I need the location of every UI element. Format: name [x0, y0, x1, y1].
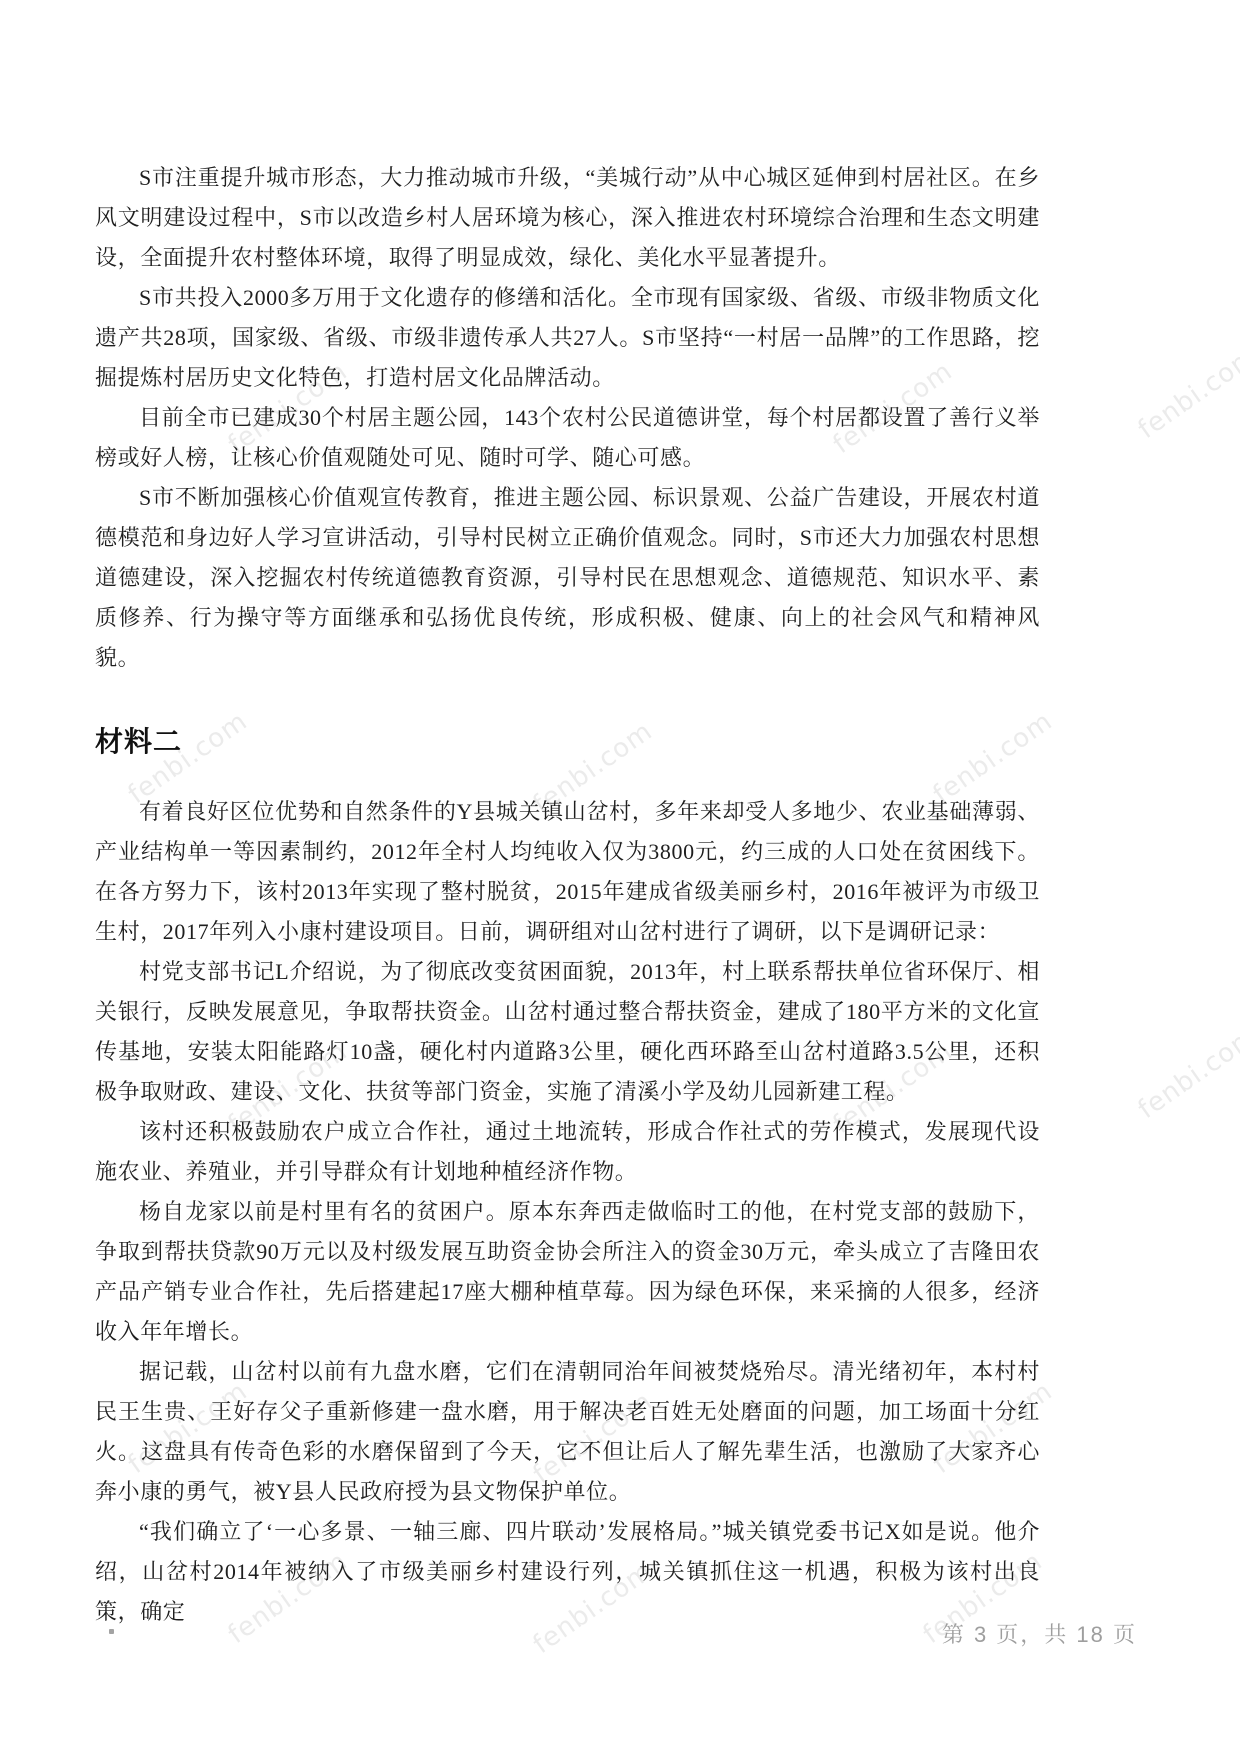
section-heading-material2: 材料二	[95, 722, 1040, 764]
material1-paragraph: S市共投入2000多万用于文化遗存的修缮和活化。全市现有国家级、省级、市级非物质…	[95, 278, 1040, 398]
watermark: fenbi.com	[1133, 1021, 1240, 1125]
material2-paragraph: 据记载，山岔村以前有九盘水磨，它们在清朝同治年间被焚烧殆尽。清光绪初年，本村村民…	[95, 1352, 1040, 1512]
material2-paragraph: 该村还积极鼓励农户成立合作社，通过土地流转，形成合作社式的劳作模式，发展现代设施…	[95, 1112, 1040, 1192]
page-dot	[109, 1629, 114, 1634]
watermark: fenbi.com	[1133, 341, 1240, 445]
material1-paragraph: S市注重提升城市形态，大力推动城市升级，“美城行动”从中心城区延伸到村居社区。在…	[95, 158, 1040, 278]
material2-paragraph: 有着良好区位优势和自然条件的Y县城关镇山岔村，多年来却受人多地少、农业基础薄弱、…	[95, 792, 1040, 952]
footer-page-indicator: 第 3 页，共 18 页	[942, 1618, 1137, 1649]
material2-paragraph: 杨自龙家以前是村里有名的贫困户。原本东奔西走做临时工的他，在村党支部的鼓励下，争…	[95, 1192, 1040, 1352]
document-content: S市注重提升城市形态，大力推动城市升级，“美城行动”从中心城区延伸到村居社区。在…	[95, 158, 1040, 1632]
material2-paragraph: “我们确立了‘一心多景、一轴三廊、四片联动’发展格局。”城关镇党委书记X如是说。…	[95, 1512, 1040, 1632]
document-page: fenbi.com fenbi.com fenbi.com fenbi.com …	[0, 0, 1240, 1754]
material1-paragraph: 目前全市已建成30个村居主题公园，143个农村公民道德讲堂，每个村居都设置了善行…	[95, 398, 1040, 478]
material1-paragraph: S市不断加强核心价值观宣传教育，推进主题公园、标识景观、公益广告建设，开展农村道…	[95, 478, 1040, 678]
material2-paragraph: 村党支部书记L介绍说，为了彻底改变贫困面貌，2013年，村上联系帮扶单位省环保厅…	[95, 952, 1040, 1112]
